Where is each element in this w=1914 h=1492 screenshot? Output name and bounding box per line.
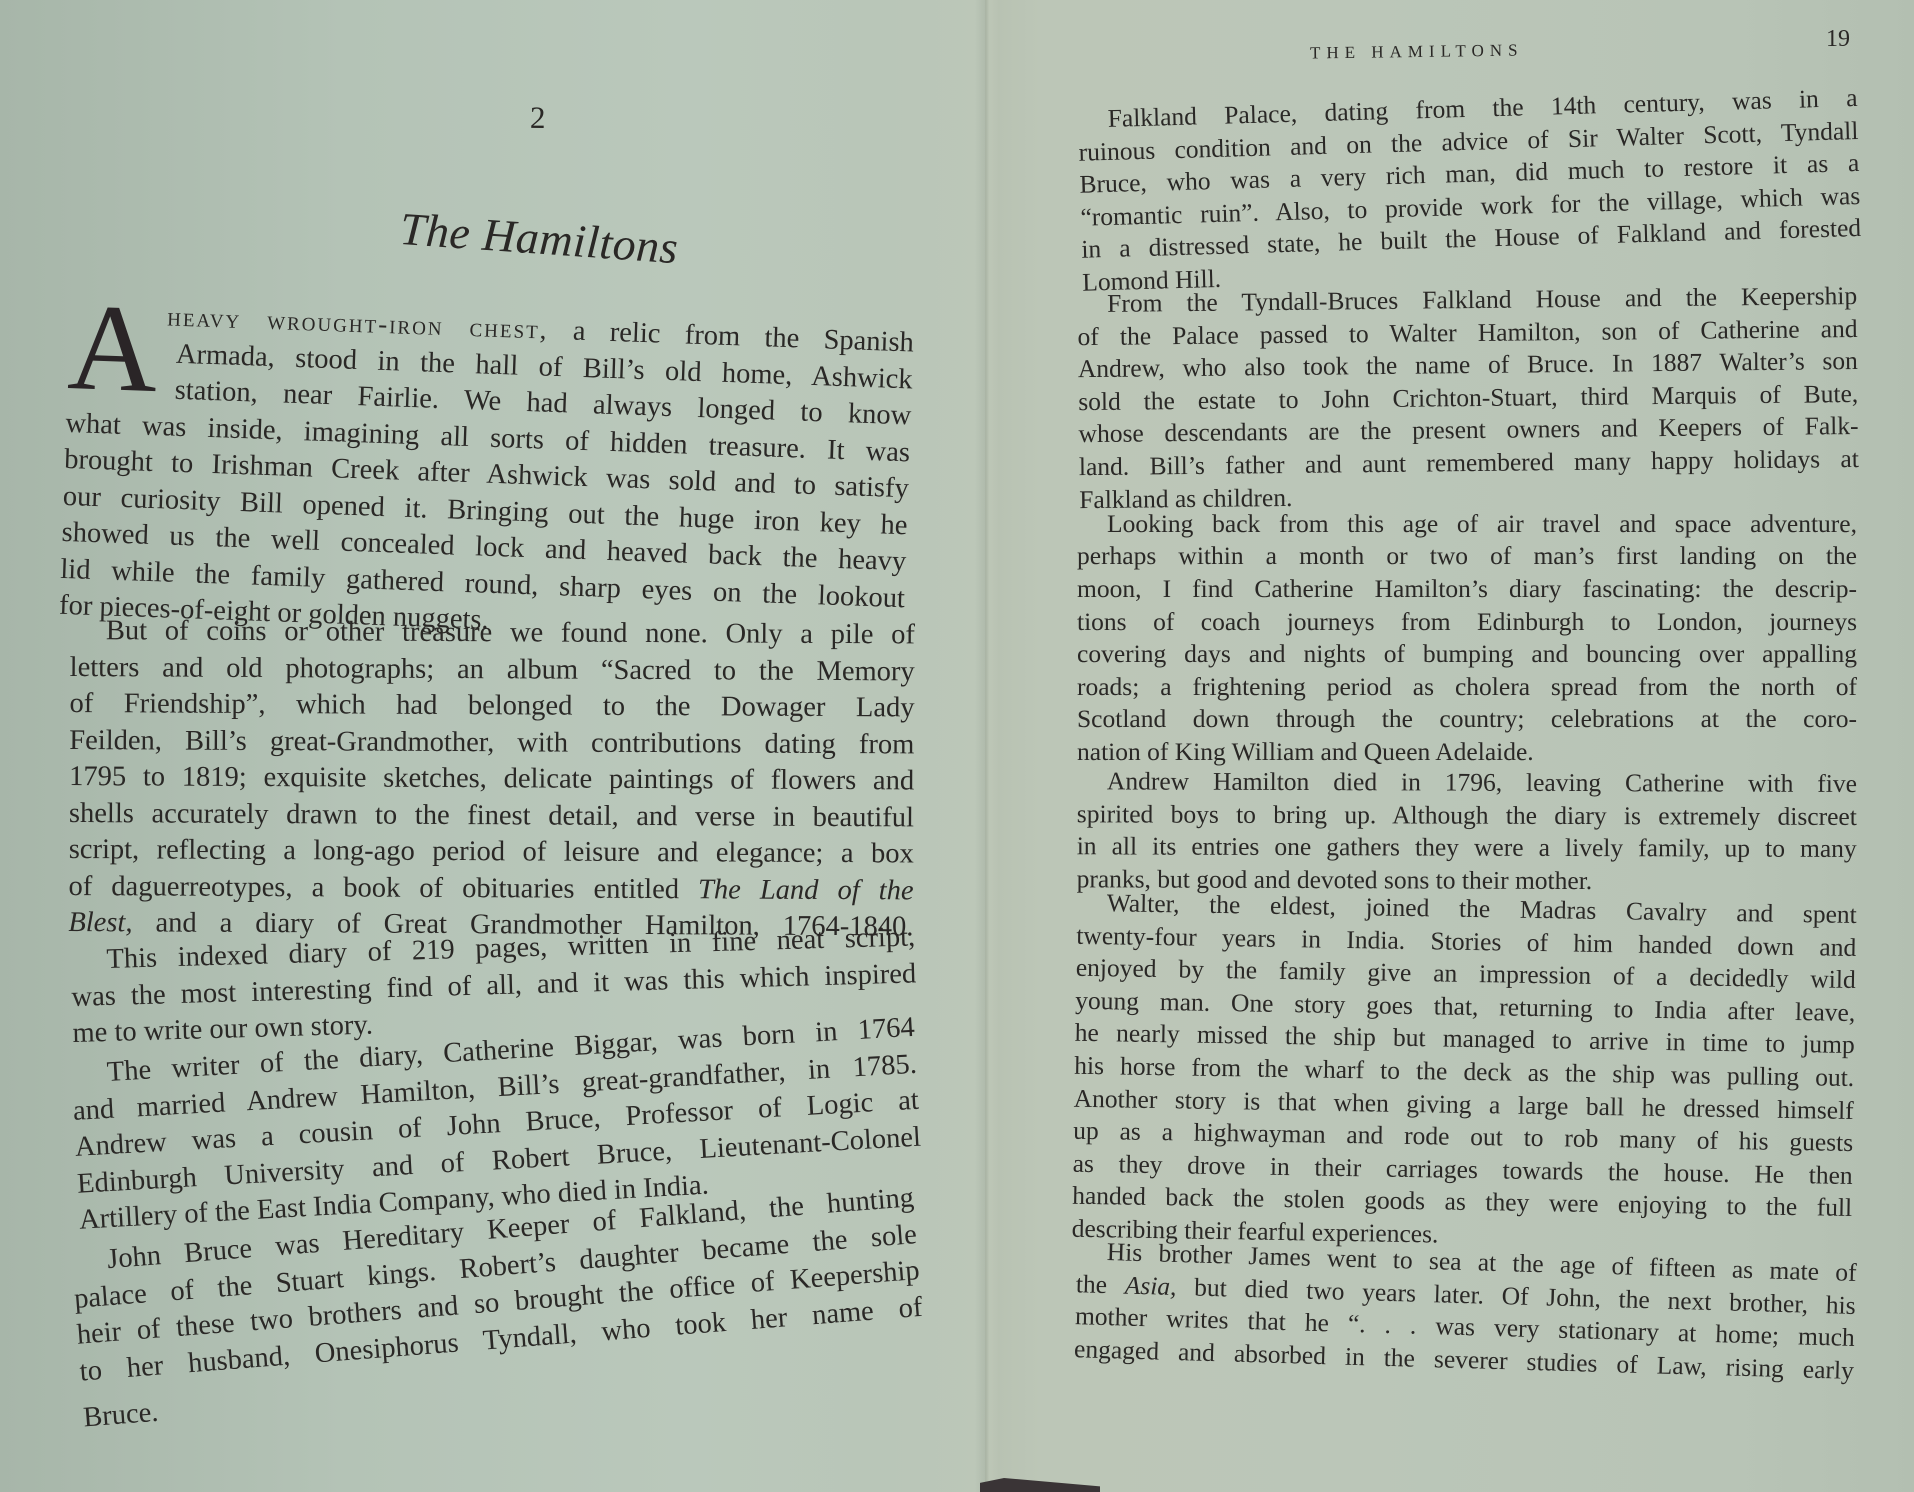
text-line: Scotland down through the country; celeb… [1077, 703, 1857, 736]
text-line: perhaps within a month or two of man’s f… [1077, 540, 1857, 573]
left-page-body: A HEAVY WROUGHT-IRON CHEST, a relic from… [70, 295, 915, 1438]
running-head: THE HAMILTONS [1310, 41, 1524, 64]
text-line: moon, I find Catherine Hamilton’s diary … [1077, 573, 1857, 606]
text-line: roads; a frightening period as cholera s… [1077, 671, 1857, 704]
ship-name-italic: Asia, [1124, 1271, 1177, 1301]
paragraph: Falkland Palace, dating from the 14th ce… [1077, 82, 1862, 299]
paragraph: Walter, the eldest, joined the Madras Ca… [1071, 887, 1857, 1258]
book-gutter [975, 0, 999, 1492]
paragraph: Looking back from this age of air travel… [1077, 508, 1857, 769]
paragraph: Andrew Hamilton died in 1796, leaving Ca… [1077, 766, 1857, 899]
text-line: script, reflecting a long-ago period of … [69, 831, 914, 872]
paragraph: A HEAVY WROUGHT-IRON CHEST, a relic from… [59, 295, 915, 654]
text-line: nation of King William and Queen Adelaid… [1077, 736, 1857, 769]
text-line: covering days and nights of bumping and … [1077, 638, 1857, 671]
book-spread: 2 The Hamiltons A HEAVY WROUGHT-IRON CHE… [0, 0, 1914, 1492]
book-title-italic: Blest, [68, 906, 132, 937]
text-line: Feilden, Bill’s great-Grandmother, with … [69, 722, 914, 763]
paragraph: But of coins or other treasure we found … [68, 613, 915, 946]
paragraph: From the Tyndall-Bruces Falkland House a… [1077, 280, 1859, 516]
page-number: 19 [1826, 26, 1850, 53]
text-line: in all its entries one gathers they were… [1077, 831, 1857, 866]
text-line: spirited boys to bring up. Although the … [1077, 798, 1857, 833]
text-line: of daguerreotypes, a book of obituaries … [68, 868, 913, 909]
right-page-body: Falkland Palace, dating from the 14th ce… [1077, 82, 1857, 1388]
paragraph: His brother James went to sea at the age… [1074, 1236, 1857, 1388]
text-line: letters and old photographs; an album “S… [70, 649, 915, 690]
text-line: shells accurately drawn to the finest de… [69, 795, 914, 836]
text-line: tions of coach journeys from Edinburgh t… [1077, 606, 1857, 639]
drop-cap: A [66, 297, 159, 400]
chapter-number: 2 [530, 100, 547, 136]
text-line: of Friendship”, which had belonged to th… [69, 685, 914, 726]
text-line: But of coins or other treasure we found … [70, 613, 915, 654]
book-title-italic: The Land of the [698, 873, 914, 905]
text-line: Andrew Hamilton died in 1796, leaving Ca… [1077, 766, 1857, 801]
text-line: 1795 to 1819; exquisite sketches, delica… [69, 758, 914, 799]
